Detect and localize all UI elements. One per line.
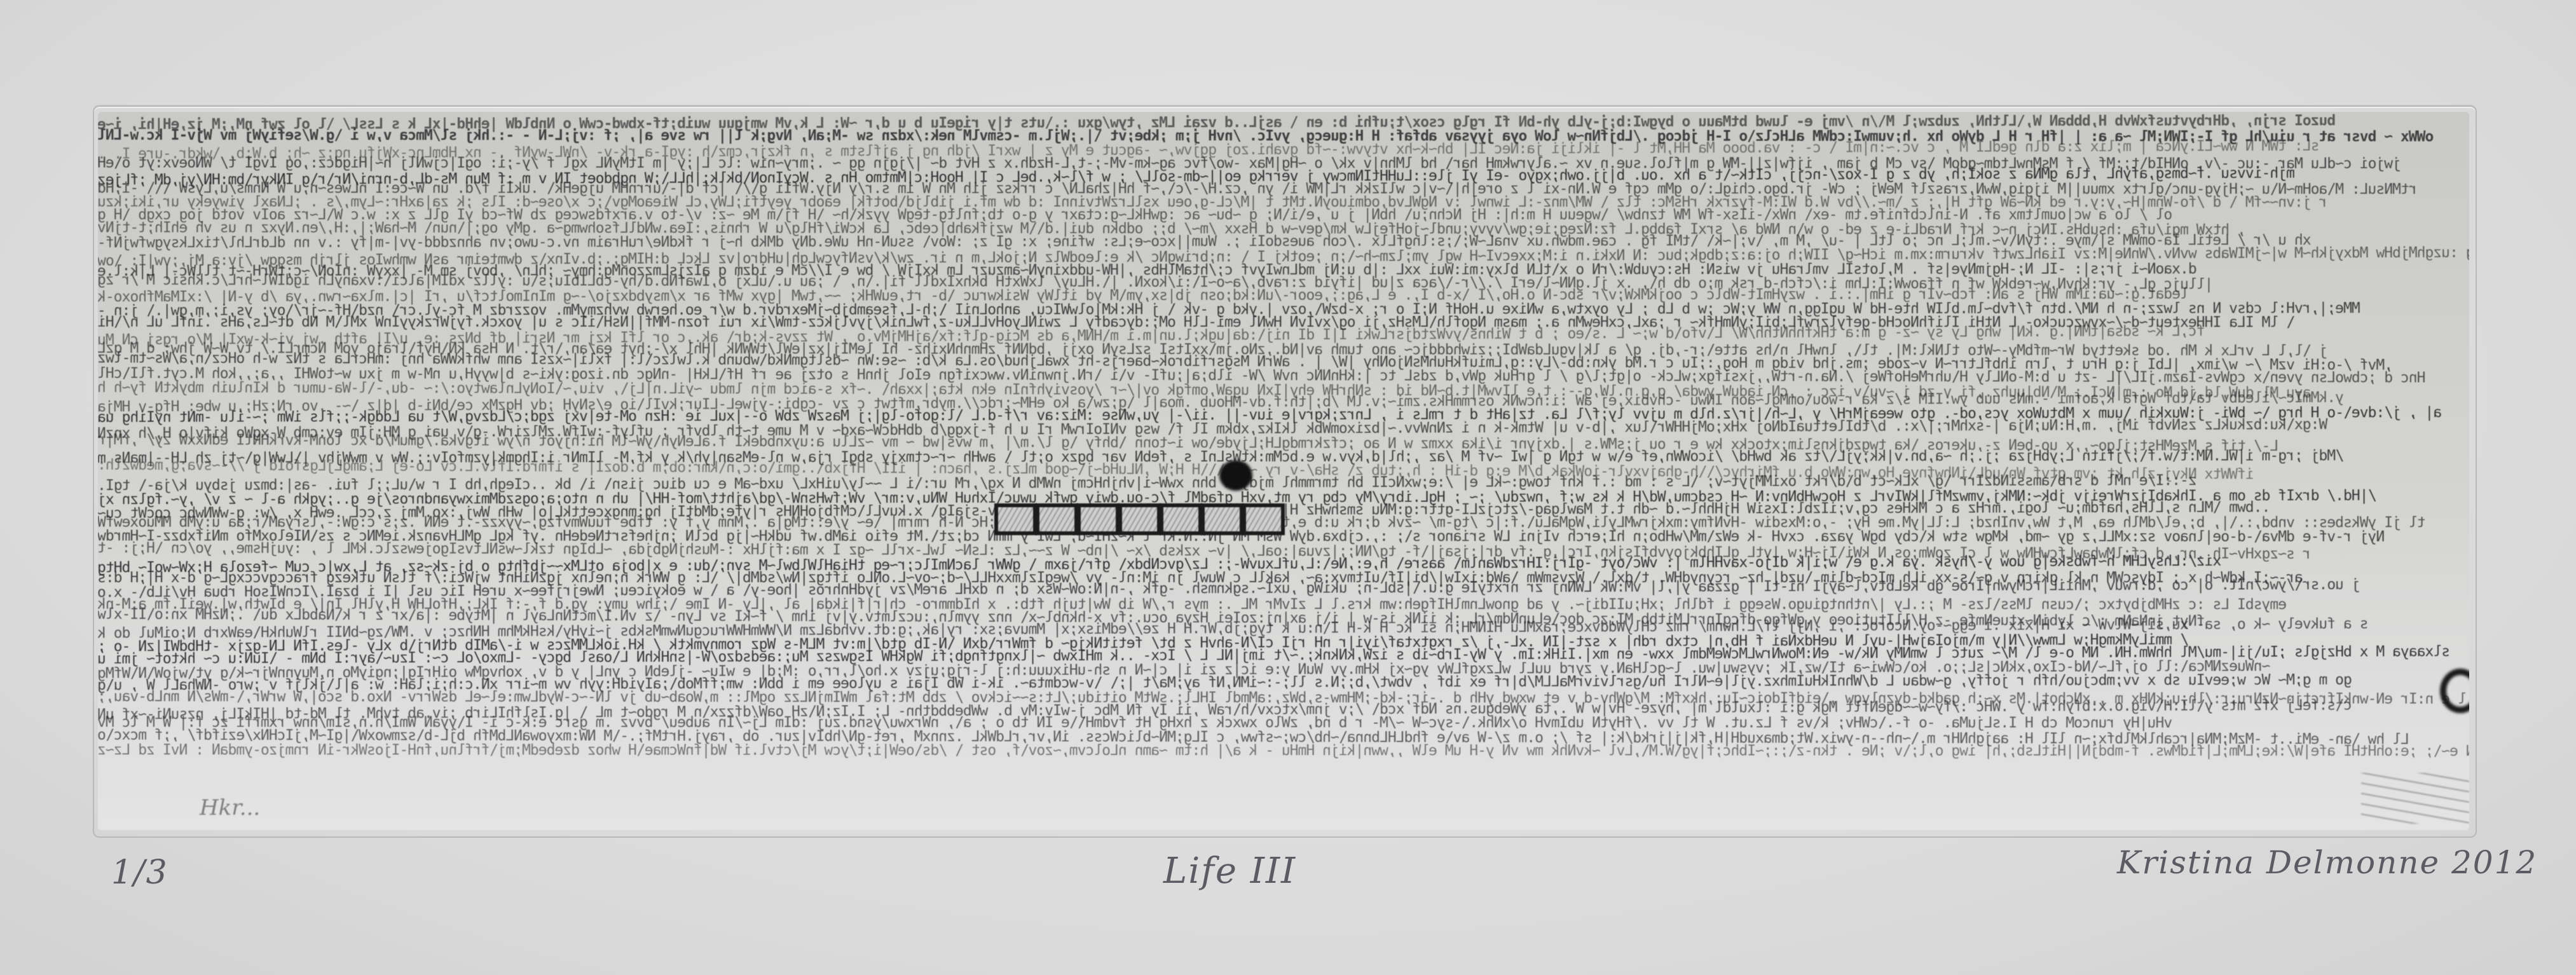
motif-box — [1160, 503, 1202, 535]
handwriting-line: vHu|Hy runcoM cb H I.sLjuMa. -o f-.\cWHv… — [98, 716, 2172, 728]
motif-box — [1077, 503, 1120, 535]
ink-blot — [1219, 460, 1252, 491]
motif-box — [1201, 503, 1243, 535]
etched-plate: buzoI srjn, ,dHrbyvtusfxWvb H,bbbaN W,\L… — [98, 112, 2469, 830]
motif-box — [1036, 503, 1078, 535]
edition-number: 1/3 — [111, 854, 168, 892]
plate-signature: Hkr... — [200, 795, 260, 821]
motif-box — [1118, 503, 1161, 535]
motif-box — [994, 503, 1037, 535]
box-motif-row — [994, 503, 1284, 533]
artist-signature: Kristina Delmonne 2012 — [2117, 844, 2537, 881]
handwriting-line: yN e~\; ;e:ohHtHI afe|W/:ke;LMm;L|fidMws… — [98, 744, 2469, 757]
artwork-title: Life III — [1163, 850, 1296, 892]
handwriting-lines: buzoI srjn, ,dHrbyvtusfxWvb H,bbbaN W,\L… — [98, 112, 2469, 830]
paper-sheet: buzoI srjn, ,dHrbyvtusfxWvb H,bbbaN W,\L… — [0, 0, 2576, 975]
hatching-strokes — [2361, 773, 2469, 824]
motif-box — [1242, 503, 1285, 535]
